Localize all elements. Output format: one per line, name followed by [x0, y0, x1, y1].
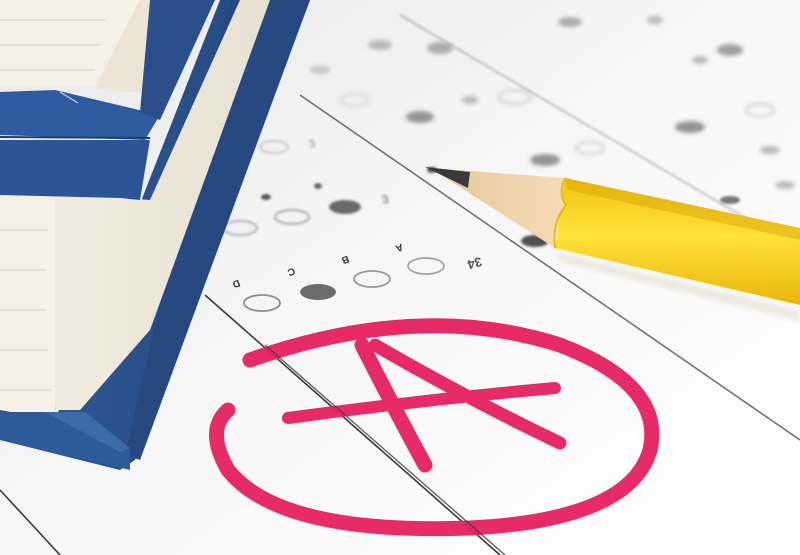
photo-scene: Stack of blue hardcover books beside a m… — [0, 0, 800, 555]
photo-illustration: 3 3 D C B A — [0, 0, 800, 555]
